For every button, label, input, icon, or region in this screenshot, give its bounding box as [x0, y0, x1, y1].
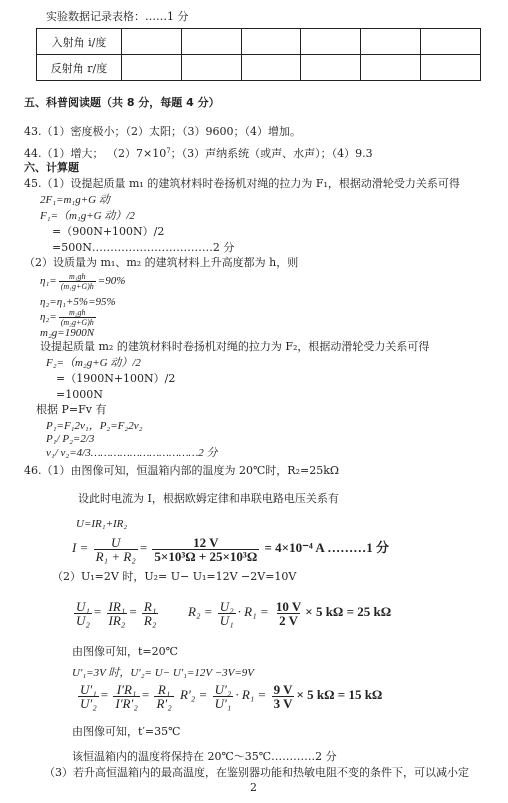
q45-line: 设提起质量 m₂ 的建筑材料时卷扬机对绳的拉力为 F₂，根据动滑轮受力关系可得 [40, 340, 429, 354]
q45-line: 根据 P=Fv 有 [36, 403, 106, 417]
table-cell [122, 29, 182, 55]
q45-line: F₁=（m₁g+G 动）/2 [40, 209, 135, 223]
section-6-title: 六、计算题 [24, 161, 79, 175]
q46-line: U=IR₁+IR₂ [76, 517, 127, 531]
q45-line: F₂=（m₂g+G 动）/2 [46, 356, 141, 370]
q46-line: 由图像可知，t=20℃ [72, 645, 178, 659]
q45-line: =500N……………………………2 分 [52, 241, 234, 255]
table-cell [241, 55, 301, 81]
current-equation: I = UR₁ + R₂= 12 V5×10³Ω + 25×10³Ω = 4×1… [72, 533, 389, 563]
answer-43: 43.（1）密度极小；（2）太阳；（3）9600；（4）增加。 [24, 125, 301, 139]
q46-line: 由图像可知，t′=35℃ [72, 725, 180, 739]
q46-line: （2）U₁=2V 时，U₂= U− U₁=12V −2V=10V [52, 570, 296, 584]
q45-line: 2F₁=m₁g+G 动 [40, 193, 110, 207]
q46-line: 设此时电流为 I，根据欧姆定律和串联电路电压关系有 [78, 492, 339, 506]
ratio-equation-2: U′₁U′₂= I′R₁I′R′₂= R₁R′₂ [76, 680, 176, 710]
eta2-formula: η₂=m₂gh(m₂g+G)h [40, 306, 98, 328]
q45-line: P₁/ P₂=2/3 [46, 432, 94, 446]
row-header-incidence-angle: 入射角 i/度 [37, 29, 122, 55]
ratio-equation-1: U₁U₂= IR₁IR₂= R₁R₂ [72, 597, 160, 627]
table-cell [181, 55, 241, 81]
table-cell [361, 29, 421, 55]
eta1-formula: η₁=m₁gh(m₁g+G)h=90% [40, 270, 125, 292]
q45-line: （2）设质量为 m₁、m₂ 的建筑材料上升高度都为 h，则 [24, 256, 298, 270]
table-cell [301, 29, 361, 55]
page-number: 2 [250, 781, 257, 794]
q45-line: =1000N [56, 388, 103, 402]
q46-line: 46.（1）由图像可知，恒温箱内部的温度为 20℃时，R₂=25kΩ [24, 464, 339, 478]
r2-equation-2: R′₂ = U′₂U′₁· R₁ = 9 V3 V× 5 kΩ = 15 kΩ [180, 680, 382, 710]
q45-line: 45.（1）设提起质量 m₁ 的建筑材料时卷扬机对绳的拉力为 F₁，根据动滑轮受… [24, 177, 460, 191]
r2-equation-1: R₂ = U₂U₁· R₁ = 10 V2 V× 5 kΩ = 25 kΩ [188, 597, 391, 627]
answer-44: 44.（1）增大； （2）7×107；（3）声纳系统（或声、水声）；（4）9.3 [24, 144, 373, 161]
q45-line: P₁=F₁2v₁，P₂=F₂2v₂ [46, 419, 142, 433]
q46-line: U′₁=3V 时，U′₂= U− U′₁=12V −3V=9V [72, 666, 254, 680]
m2g-line: m₂g=1900N [40, 326, 94, 340]
table-caption: 实验数据记录表格：……1 分 [46, 10, 189, 24]
table-row: 反射角 r/度 [37, 55, 481, 81]
table-cell [241, 29, 301, 55]
table-cell [301, 55, 361, 81]
q45-line: v₁/ v₂=4/3……………………………2 分 [46, 446, 218, 460]
q45-line: =（900N+100N）/2 [52, 225, 164, 239]
table-cell [421, 29, 481, 55]
table-cell [361, 55, 421, 81]
table-cell [122, 55, 182, 81]
q46-line: 该恒温箱内的温度将保持在 20℃～35℃…………2 分 [72, 750, 337, 764]
row-header-reflection-angle: 反射角 r/度 [37, 55, 122, 81]
q46-line: （3）若升高恒温箱内的最高温度，在鉴别器功能和热敏电阻不变的条件下，可以减小定 [44, 766, 469, 780]
section-5-title: 五、科普阅读题（共 8 分，每题 4 分） [24, 96, 220, 110]
table-cell [421, 55, 481, 81]
q45-line: =（1900N+100N）/2 [56, 372, 175, 386]
table-cell [181, 29, 241, 55]
table-row: 入射角 i/度 [37, 29, 481, 55]
data-record-table: 入射角 i/度 反射角 r/度 [36, 28, 481, 81]
